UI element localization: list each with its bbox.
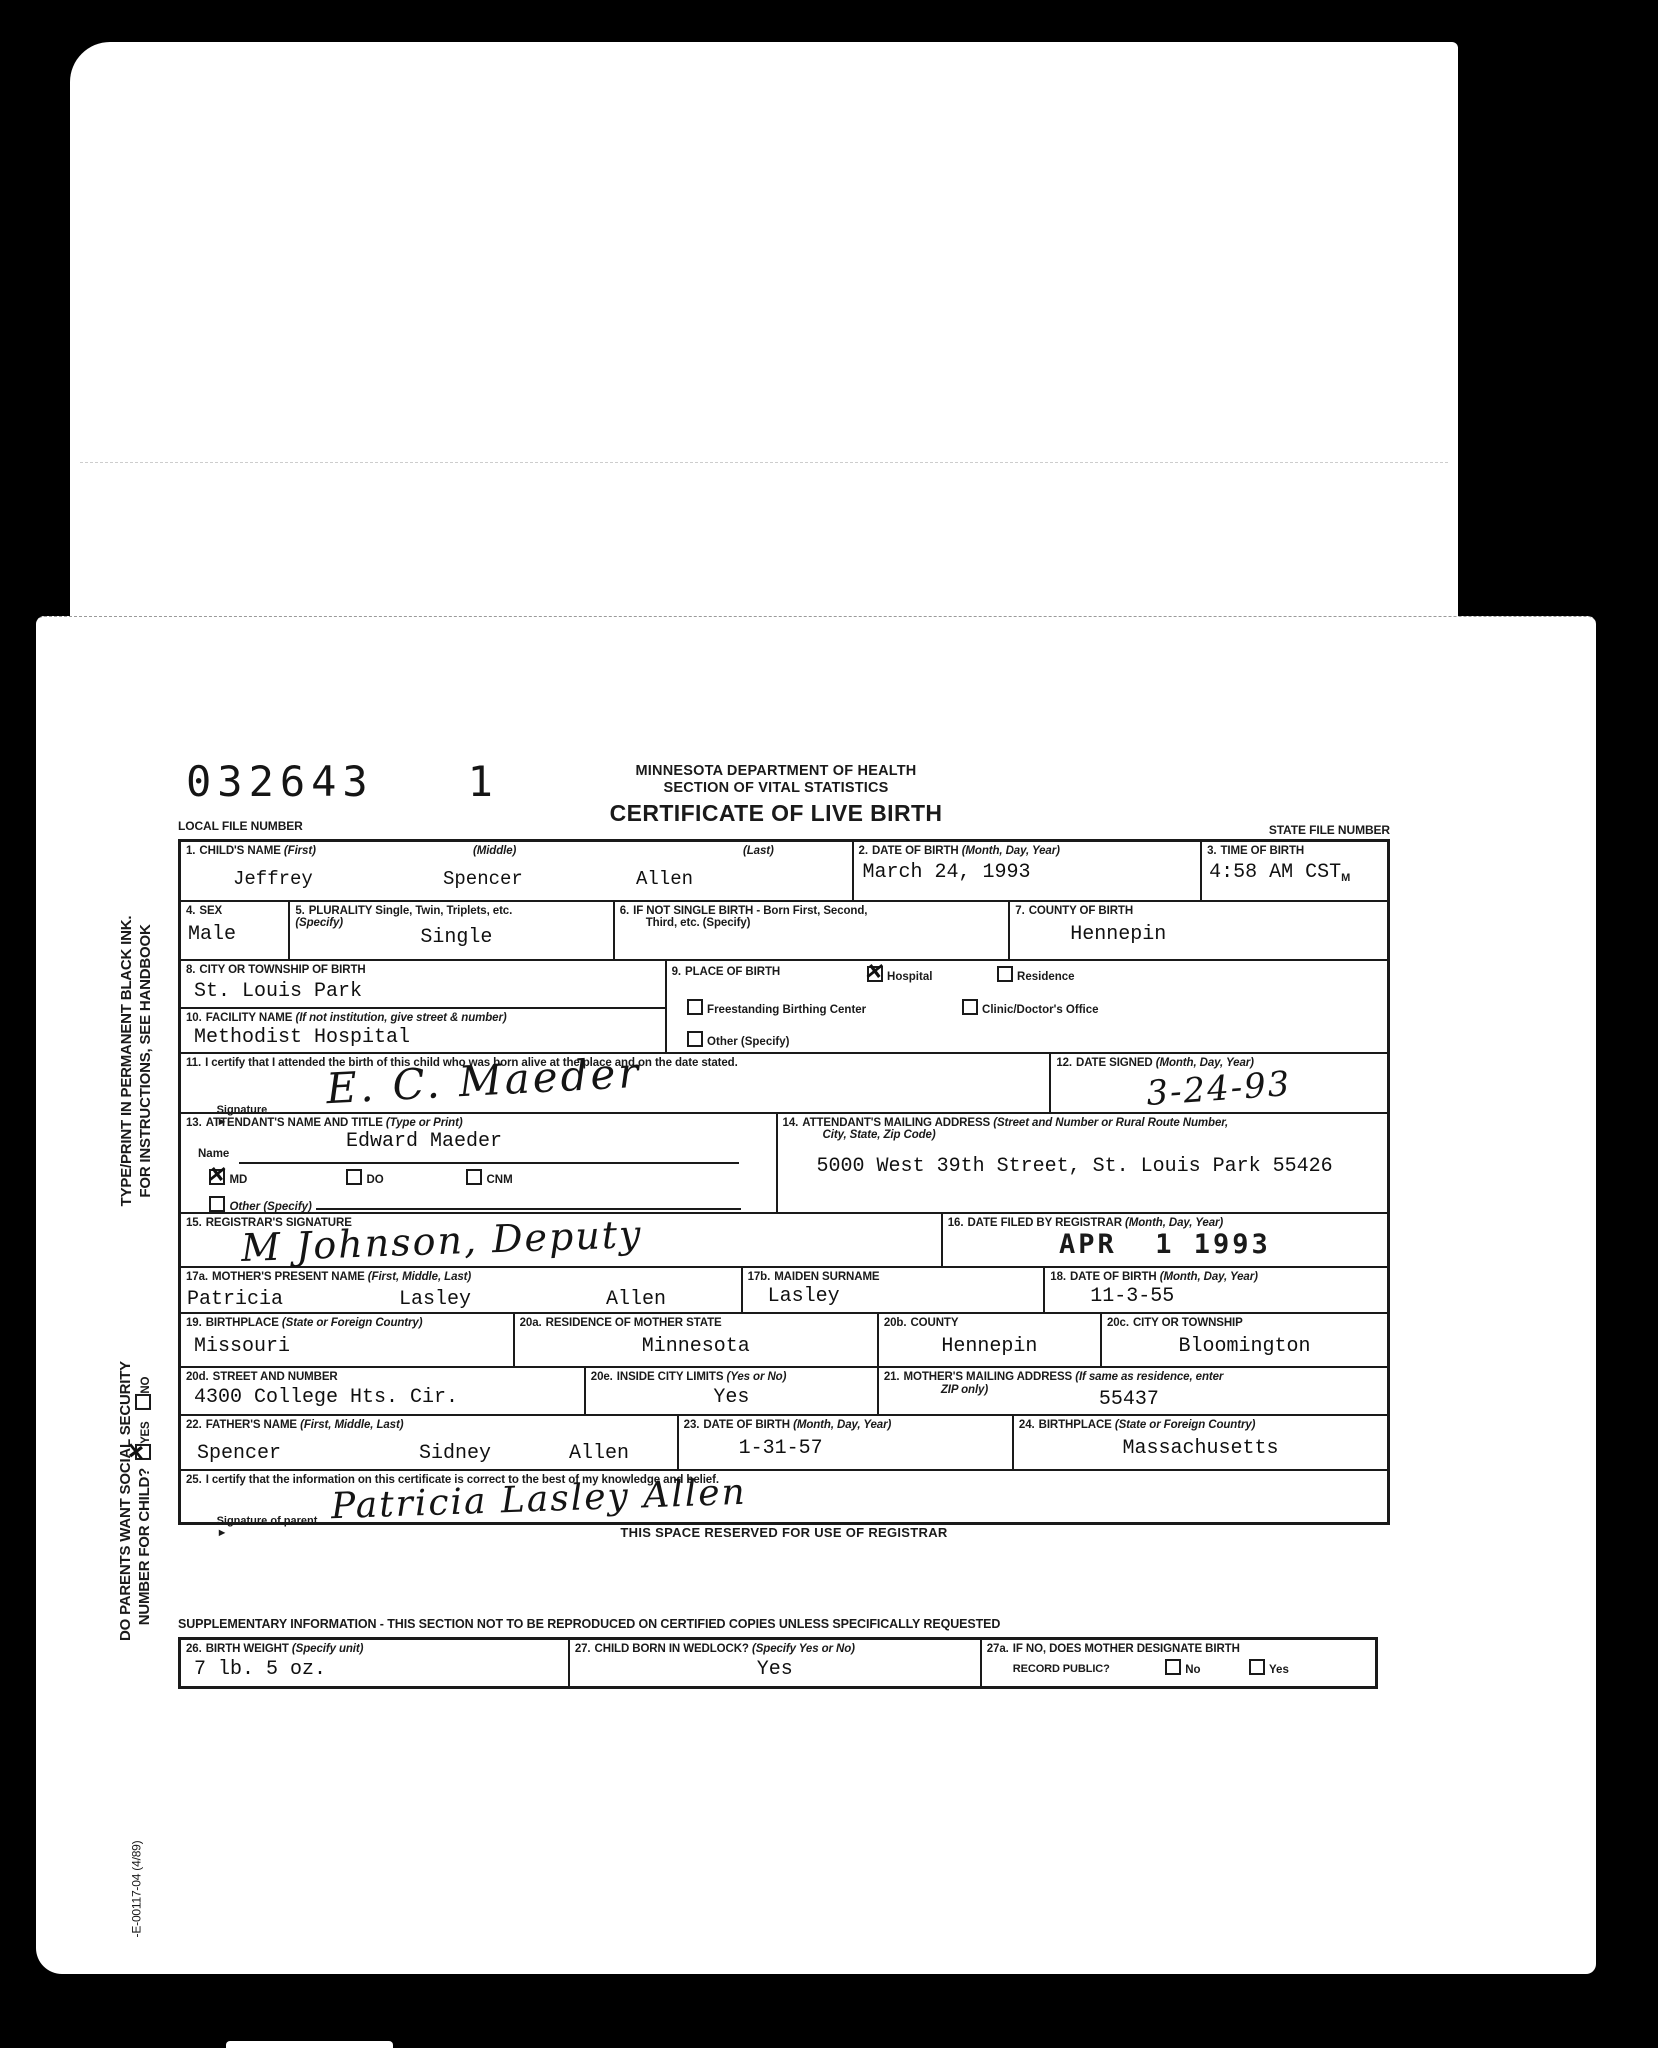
certificate-form: 1.CHILD'S NAME (First) (Middle) (Last) J… bbox=[178, 839, 1390, 1525]
attendant-name-label: Name bbox=[198, 1148, 229, 1160]
freestanding-label: Freestanding Birthing Center bbox=[707, 1004, 866, 1016]
field-child-name: 1.CHILD'S NAME (First) (Middle) (Last) J… bbox=[181, 842, 852, 900]
margin-ssn-line1: DO PARENTS WANT SOCIAL SECURITY bbox=[116, 1361, 135, 1641]
field-attendant-address: 14.ATTENDANT'S MAILING ADDRESS (Street a… bbox=[776, 1114, 1387, 1212]
wedlock-value: Yes bbox=[575, 1658, 975, 1681]
md-checkbox bbox=[209, 1169, 225, 1185]
city-of-birth-value: St. Louis Park bbox=[194, 980, 660, 1003]
field-residence-county: 20b.COUNTY Hennepin bbox=[877, 1314, 1100, 1366]
field-not-single-birth: 6.IF NOT SINGLE BIRTH - Born First, Seco… bbox=[613, 902, 1009, 959]
time-of-birth-value: 4:58 AM CST bbox=[1209, 861, 1341, 884]
ssn-no-label: NO bbox=[140, 1377, 152, 1394]
field-city-of-birth: 8.CITY OR TOWNSHIP OF BIRTH St. Louis Pa… bbox=[181, 961, 665, 1007]
mother-birthplace-value: Missouri bbox=[194, 1335, 508, 1358]
do-label: DO bbox=[366, 1174, 383, 1186]
field-mother-birthplace: 19.BIRTHPLACE (State or Foreign Country)… bbox=[181, 1314, 513, 1366]
field-residence-street: 20d.STREET AND NUMBER 4300 College Hts. … bbox=[181, 1368, 584, 1414]
margin-instructions-line1: TYPE/PRINT IN PERMANENT BLACK INK. bbox=[117, 916, 136, 1207]
county-of-birth-value: Hennepin bbox=[1070, 923, 1382, 946]
agency-section: SECTION OF VITAL STATISTICS bbox=[456, 780, 1096, 797]
field-time-of-birth: 3.TIME OF BIRTH 4:58 AM CSTM bbox=[1200, 842, 1387, 900]
other-title-checkbox bbox=[209, 1196, 225, 1212]
registrar-space-note: THIS SPACE RESERVED FOR USE OF REGISTRAR bbox=[178, 1525, 1390, 1540]
local-file-number-label: LOCAL FILE NUMBER bbox=[178, 819, 303, 833]
mother-last-name: Allen bbox=[606, 1288, 666, 1311]
residence-label: Residence bbox=[1017, 971, 1075, 983]
other-title-label: Other (Specify) bbox=[229, 1201, 311, 1213]
scan-noise-line bbox=[80, 462, 1448, 463]
field-attendant-certification: 11.I certify that I attended the birth o… bbox=[181, 1054, 1049, 1112]
margin-ssn-line2: NUMBER FOR CHILD? YES NO bbox=[135, 1361, 156, 1641]
inside-city-limits-value: Yes bbox=[591, 1386, 872, 1409]
form-code: -E-00117-04 (4/89) bbox=[128, 1841, 147, 1938]
maiden-surname-value: Lasley bbox=[768, 1285, 1039, 1308]
margin-ssn-question: DO PARENTS WANT SOCIAL SECURITY NUMBER F… bbox=[116, 1361, 156, 1641]
mother-middle-name: Lasley bbox=[399, 1288, 471, 1311]
record-public-no-label: No bbox=[1185, 1664, 1200, 1676]
field-residence-state: 20a.RESIDENCE OF MOTHER STATE Minnesota bbox=[513, 1314, 877, 1366]
birth-weight-value: 7 lb. 5 oz. bbox=[194, 1658, 563, 1681]
plurality-value: Single bbox=[420, 926, 492, 949]
attendant-name-line bbox=[239, 1144, 739, 1164]
form-header: MINNESOTA DEPARTMENT OF HEALTH SECTION O… bbox=[456, 763, 1096, 827]
field-residence-city: 20c.CITY OR TOWNSHIP Bloomington bbox=[1100, 1314, 1387, 1366]
residence-county-value: Hennepin bbox=[884, 1335, 1095, 1358]
field-attendant-name: 13.ATTENDANT'S NAME AND TITLE (Type or P… bbox=[181, 1114, 776, 1212]
field-maiden-surname: 17b.MAIDEN SURNAME Lasley bbox=[741, 1268, 1044, 1312]
other-place-checkbox bbox=[687, 1031, 703, 1047]
sex-value: Male bbox=[188, 923, 283, 946]
ssn-no-checkbox bbox=[135, 1394, 151, 1410]
blank-top-page bbox=[70, 42, 1458, 642]
field-registrar-signature: 15.REGISTRAR'S SIGNATURE M Johnson, Depu… bbox=[181, 1214, 941, 1266]
facility-name-value: Methodist Hospital bbox=[194, 1026, 660, 1049]
field-county-of-birth: 7.COUNTY OF BIRTH Hennepin bbox=[1008, 902, 1387, 959]
residence-city-value: Bloomington bbox=[1107, 1335, 1382, 1358]
supplementary-heading: SUPPLEMENTARY INFORMATION - THIS SECTION… bbox=[178, 1617, 1000, 1631]
freestanding-checkbox bbox=[687, 999, 703, 1015]
field-mother-dob: 18.DATE OF BIRTH (Month, Day, Year) 11-3… bbox=[1043, 1268, 1387, 1312]
cnm-label: CNM bbox=[486, 1174, 512, 1186]
father-first-name: Spencer bbox=[197, 1442, 281, 1465]
date-of-birth-value: March 24, 1993 bbox=[863, 861, 1196, 884]
file-number-stamp: 032643 1 bbox=[186, 757, 499, 806]
ssn-yes-label: YES bbox=[140, 1422, 152, 1444]
field-date-signed: 12.DATE SIGNED (Month, Day, Year) 3-24-9… bbox=[1049, 1054, 1387, 1112]
bottom-paper-sliver bbox=[226, 2041, 393, 2048]
field-date-filed: 16.DATE FILED BY REGISTRAR (Month, Day, … bbox=[941, 1214, 1387, 1266]
field-parent-certification: 25.I certify that the information on thi… bbox=[181, 1471, 1387, 1522]
child-middle-name: Spencer bbox=[443, 868, 523, 890]
margin-instructions-line2: FOR INSTRUCTIONS, SEE HANDBOOK bbox=[136, 916, 155, 1207]
time-meridian-mark: M bbox=[1341, 872, 1350, 884]
father-last-name: Allen bbox=[569, 1442, 629, 1465]
ssn-yes-checkbox bbox=[135, 1444, 151, 1460]
father-birthplace-value: Massachusetts bbox=[1019, 1437, 1382, 1460]
field-place-of-birth: 9.PLACE OF BIRTH Hospital Residence Free… bbox=[665, 961, 1387, 1052]
clinic-checkbox bbox=[962, 999, 978, 1015]
field-facility-name: 10.FACILITY NAME (If not institution, gi… bbox=[181, 1007, 665, 1052]
md-label: MD bbox=[229, 1174, 247, 1186]
field-mother-mailing-address: 21.MOTHER'S MAILING ADDRESS (If same as … bbox=[877, 1368, 1387, 1414]
field-sex: 4.SEX Male bbox=[181, 902, 288, 959]
scanned-birth-certificate: { "document": { "stamp_number": "032643 … bbox=[0, 0, 1658, 2048]
other-place-label: Other (Specify) bbox=[707, 1036, 789, 1048]
mother-dob-value: 11-3-55 bbox=[1090, 1285, 1382, 1308]
field-date-of-birth: 2.DATE OF BIRTH (Month, Day, Year) March… bbox=[852, 842, 1201, 900]
record-public-yes-label: Yes bbox=[1269, 1664, 1289, 1676]
other-title-line bbox=[316, 1194, 741, 1210]
residence-checkbox bbox=[997, 966, 1013, 982]
mother-mailing-address-value: 55437 bbox=[1099, 1388, 1159, 1411]
cnm-checkbox bbox=[466, 1169, 482, 1185]
certificate-page: 032643 1 MINNESOTA DEPARTMENT OF HEALTH … bbox=[36, 616, 1596, 1974]
field-father-dob: 23.DATE OF BIRTH (Month, Day, Year) 1-31… bbox=[677, 1416, 1012, 1469]
mother-first-name: Patricia bbox=[187, 1288, 283, 1311]
do-checkbox bbox=[346, 1169, 362, 1185]
field-wedlock: 27.CHILD BORN IN WEDLOCK? (Specify Yes o… bbox=[568, 1640, 980, 1686]
hospital-checkbox bbox=[867, 966, 883, 982]
supplementary-table: 26.BIRTH WEIGHT (Specify unit) 7 lb. 5 o… bbox=[178, 1637, 1378, 1689]
margin-instructions: TYPE/PRINT IN PERMANENT BLACK INK. FOR I… bbox=[117, 916, 155, 1207]
clinic-label: Clinic/Doctor's Office bbox=[982, 1004, 1098, 1016]
record-public-no-checkbox bbox=[1165, 1659, 1181, 1675]
field-inside-city-limits: 20e.INSIDE CITY LIMITS (Yes or No) Yes bbox=[584, 1368, 877, 1414]
attendant-address-value: 5000 West 39th Street, St. Louis Park 55… bbox=[817, 1155, 1382, 1178]
city-facility-column: 8.CITY OR TOWNSHIP OF BIRTH St. Louis Pa… bbox=[181, 961, 665, 1052]
child-first-name: Jeffrey bbox=[233, 868, 313, 890]
page-title: CERTIFICATE OF LIVE BIRTH bbox=[456, 800, 1096, 827]
residence-state-value: Minnesota bbox=[520, 1335, 872, 1358]
state-file-number-label: STATE FILE NUMBER bbox=[1170, 823, 1390, 837]
field-father-name: 22.FATHER'S NAME (First, Middle, Last) S… bbox=[181, 1416, 677, 1469]
date-filed-stamp: APR 1 1993 bbox=[948, 1229, 1382, 1260]
field-record-public: 27a.IF NO, DOES MOTHER DESIGNATE BIRTH R… bbox=[980, 1640, 1375, 1686]
child-last-name: Allen bbox=[636, 868, 693, 890]
field-birth-weight: 26.BIRTH WEIGHT (Specify unit) 7 lb. 5 o… bbox=[181, 1640, 568, 1686]
field-father-birthplace: 24.BIRTHPLACE (State or Foreign Country)… bbox=[1012, 1416, 1387, 1469]
hospital-label: Hospital bbox=[887, 971, 932, 983]
residence-street-value: 4300 College Hts. Cir. bbox=[194, 1386, 579, 1409]
agency-name: MINNESOTA DEPARTMENT OF HEALTH bbox=[456, 763, 1096, 780]
field-plurality: 5.PLURALITY Single, Twin, Triplets, etc.… bbox=[288, 902, 612, 959]
record-public-yes-checkbox bbox=[1249, 1659, 1265, 1675]
father-middle-name: Sidney bbox=[419, 1442, 491, 1465]
field-mother-name: 17a.MOTHER'S PRESENT NAME (First, Middle… bbox=[181, 1268, 741, 1312]
father-dob-value: 1-31-57 bbox=[739, 1437, 1007, 1460]
